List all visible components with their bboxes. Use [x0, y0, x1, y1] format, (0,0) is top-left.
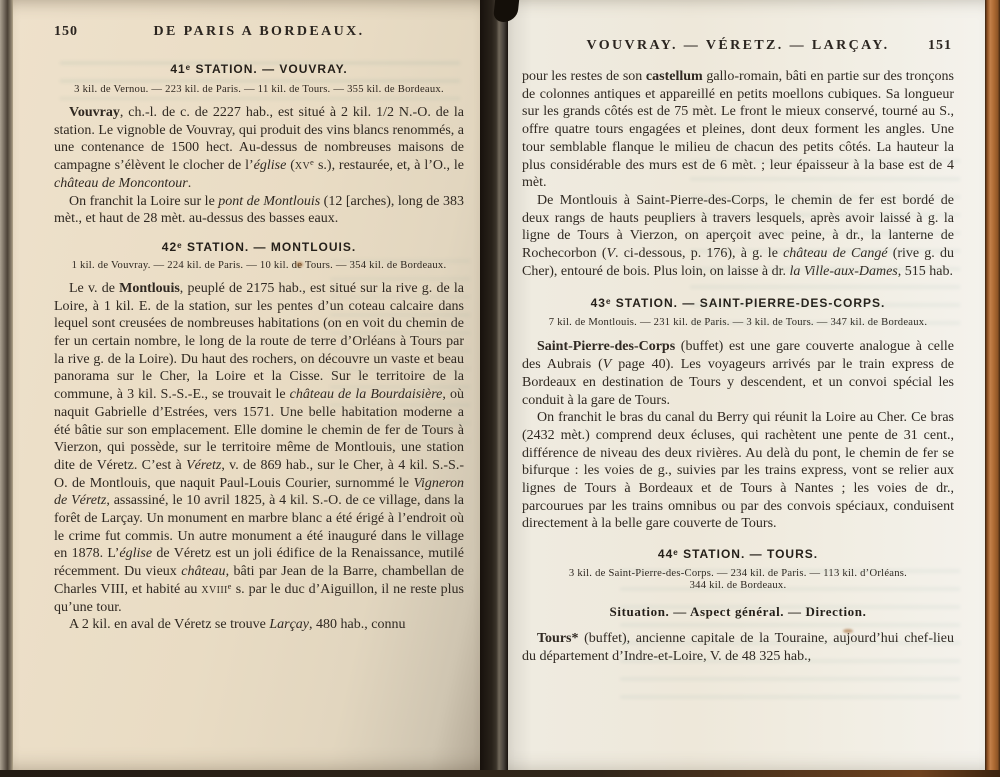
foxing-spot-left [296, 262, 303, 267]
pont-montlouis-paragraph: On franchit la Loire sur le pont de Mont… [54, 193, 464, 228]
tours-paragraph: Tours* (buffet), ancienne capitale de la… [522, 630, 954, 665]
montlouis-paragraph: Le v. de Montlouis, peuplé de 2175 hab.,… [54, 280, 464, 616]
page-151: VOUVRAY. — VÉRETZ. — LARÇAY. 151 pour le… [508, 0, 985, 770]
vouvray-paragraph: Vouvray, ch.-l. de c. de 2227 hab., est … [54, 104, 464, 193]
tours-subheading: Situation. — Aspect général. — Direction… [522, 604, 954, 620]
station-44-heading: 44ᵉ STATION. — TOURS. [522, 547, 954, 561]
book-edge-right [985, 0, 1000, 777]
book-scan: 150 DE PARIS A BORDEAUX. 41ᵉ STATION. — … [0, 0, 1000, 777]
right-running-title: VOUVRAY. — VÉRETZ. — LARÇAY. [586, 38, 889, 53]
peupliers-paragraph: De Montlouis à Saint-Pierre-des-Corps, l… [522, 192, 954, 281]
station-42-heading: 42ᵉ STATION. — MONTLOUIS. [54, 240, 464, 254]
station-44-distances-line2: 344 kil. de Bordeaux. [522, 580, 954, 591]
station-41-heading: 41ᵉ STATION. — VOUVRAY. [54, 62, 464, 76]
book-edge-left [0, 0, 13, 777]
right-page-number: 151 [928, 38, 952, 54]
castellum-paragraph: pour les restes de son castellum gallo-r… [522, 68, 954, 192]
book-edge-bottom [0, 770, 1000, 777]
larcay-paragraph: A 2 kil. en aval de Véretz se trouve Lar… [54, 616, 464, 634]
station-43-distances: 7 kil. de Montlouis. — 231 kil. de Paris… [522, 317, 954, 328]
right-page-header: VOUVRAY. — VÉRETZ. — LARÇAY. 151 [522, 38, 954, 56]
station-41-distances: 3 kil. de Vernou. — 223 kil. de Paris. —… [54, 84, 464, 95]
page-150: 150 DE PARIS A BORDEAUX. 41ᵉ STATION. — … [13, 0, 480, 770]
page-gutter-shadow [480, 0, 508, 777]
foxing-spot-right [843, 629, 853, 633]
gare-couverte-paragraph: Saint-Pierre-des-Corps (buffet) est une … [522, 338, 954, 409]
left-page-header: 150 DE PARIS A BORDEAUX. [54, 24, 464, 42]
station-43-heading: 43ᵉ STATION. — SAINT-PIERRE-DES-CORPS. [522, 296, 954, 310]
station-44-distances-line1: 3 kil. de Saint-Pierre-des-Corps. — 234 … [522, 568, 954, 579]
station-42-distances: 1 kil. de Vouvray. — 224 kil. de Paris. … [54, 260, 464, 271]
left-running-title: DE PARIS A BORDEAUX. [153, 24, 364, 39]
left-page-number: 150 [54, 24, 78, 40]
canal-berry-paragraph: On franchit le bras du canal du Berry qu… [522, 409, 954, 533]
